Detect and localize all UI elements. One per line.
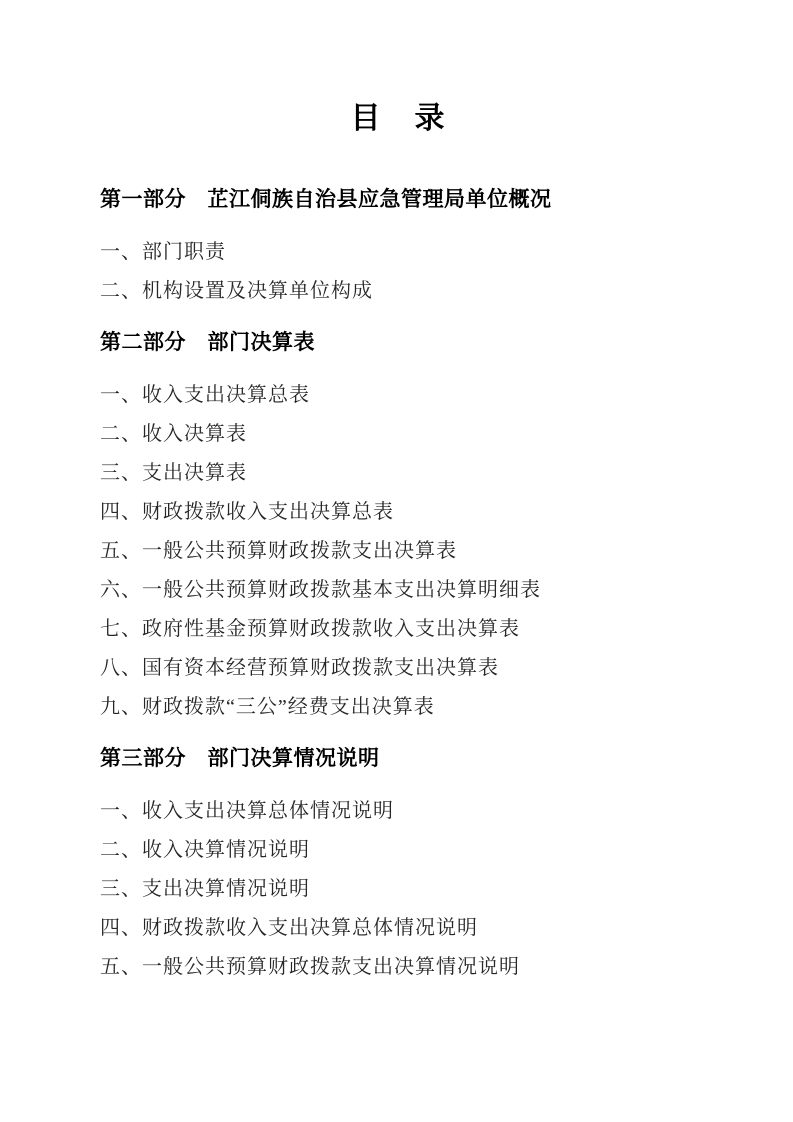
toc-item: 二、收入决算表 [100,415,697,454]
toc-item: 三、支出决算情况说明 [100,870,697,909]
toc-item: 四、财政拨款收入支出决算总体情况说明 [100,909,697,948]
toc-item: 二、机构设置及决算单位构成 [100,272,697,311]
toc-item: 三、支出决算表 [100,454,697,493]
toc-item: 五、一般公共预算财政拨款支出决算表 [100,532,697,571]
section-heading-part1: 第一部分 芷江侗族自治县应急管理局单位概况 [100,180,697,219]
toc-item: 一、收入支出决算总表 [100,376,697,415]
document-page: 目 录 第一部分 芷江侗族自治县应急管理局单位概况 一、部门职责 二、机构设置及… [0,0,793,1122]
toc-title: 目 录 [100,97,697,141]
section-heading-part2: 第二部分 部门决算表 [100,323,697,362]
section-heading-part3: 第三部分 部门决算情况说明 [100,739,697,778]
toc-item: 七、政府性基金预算财政拨款收入支出决算表 [100,610,697,649]
toc-item: 一、部门职责 [100,233,697,272]
toc-item: 二、收入决算情况说明 [100,831,697,870]
toc-item: 五、一般公共预算财政拨款支出决算情况说明 [100,948,697,987]
toc-item: 八、国有资本经营预算财政拨款支出决算表 [100,649,697,688]
toc-item: 四、财政拨款收入支出决算总表 [100,493,697,532]
toc-item: 一、收入支出决算总体情况说明 [100,792,697,831]
toc-item: 六、一般公共预算财政拨款基本支出决算明细表 [100,571,697,610]
toc-item: 九、财政拨款“三公”经费支出决算表 [100,688,697,727]
